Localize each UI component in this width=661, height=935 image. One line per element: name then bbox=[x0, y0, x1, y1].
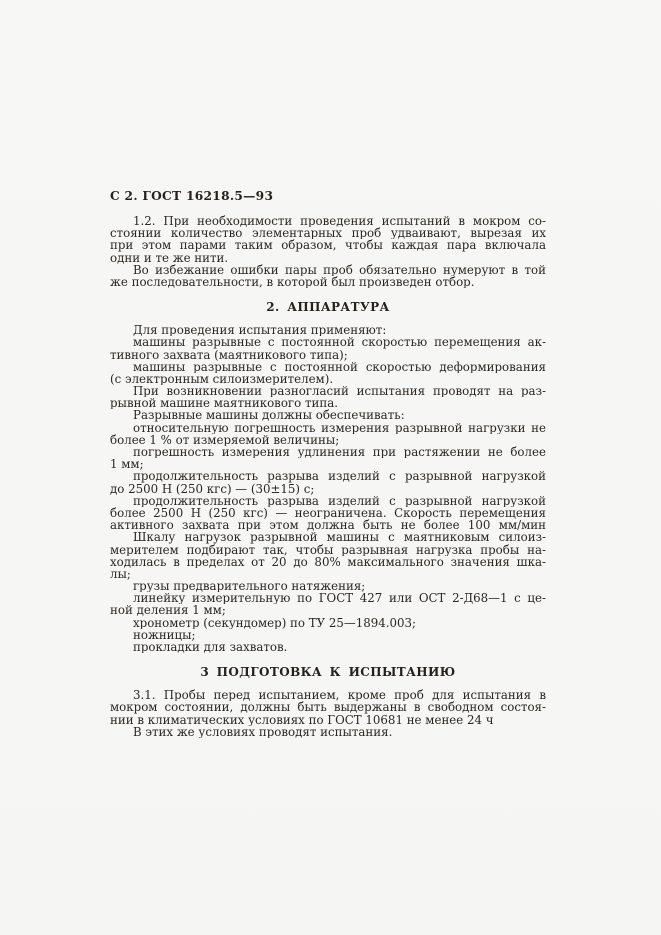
text-line: мерителем подбирают так, чтобы разрывная… bbox=[110, 544, 546, 556]
section-body: Для проведения испытания применяют:машин… bbox=[110, 324, 546, 653]
text-line: Во избежание ошибки пары проб обязательн… bbox=[110, 264, 546, 276]
text-line: продолжительность разрыва изделий с разр… bbox=[110, 470, 546, 482]
text-line: машины разрывные с постоянной скоростью … bbox=[110, 361, 546, 373]
text-line: линейку измерительную по ГОСТ 427 или ОС… bbox=[110, 592, 546, 604]
page-header: С 2. ГОСТ 16218.5—93 bbox=[110, 190, 546, 203]
text-line: более 1 % от измеряемой величины; bbox=[110, 434, 546, 446]
text-line: относительную погрешность измерения разр… bbox=[110, 422, 546, 434]
text-line: хронометр (секундомер) по ТУ 25—1894.003… bbox=[110, 617, 546, 629]
text-line: продолжительность разрыва изделий с разр… bbox=[110, 495, 546, 507]
text-line: погрешность измерения удлинения при раст… bbox=[110, 446, 546, 458]
text-line: одни и те же нити. bbox=[110, 252, 546, 264]
text-line: рывной машине маятникового типа. bbox=[110, 397, 546, 409]
text-line: нии в климатических условиях по ГОСТ 106… bbox=[110, 714, 546, 726]
text-line: же последовательности, в которой был про… bbox=[110, 276, 546, 288]
text-line: 1 мм; bbox=[110, 458, 546, 470]
text-line: активного захвата при этом должна быть н… bbox=[110, 519, 546, 531]
text-line: более 2500 Н (250 кгс) — неограничена. С… bbox=[110, 507, 546, 519]
text-line: ножницы; bbox=[110, 629, 546, 641]
text-line: Разрывные машины должны обеспечивать: bbox=[110, 409, 546, 421]
section-body: 3.1. Пробы перед испытанием, кроме проб … bbox=[110, 689, 546, 738]
text-line: мокром состоянии, должны быть выдержаны … bbox=[110, 701, 546, 713]
text-line: стоянии количество элементарных проб удв… bbox=[110, 227, 546, 239]
text-line: машины разрывные с постоянной скоростью … bbox=[110, 336, 546, 348]
text-line: прокладки для захватов. bbox=[110, 641, 546, 653]
section-body: 1.2. При необходимости проведения испыта… bbox=[110, 215, 546, 288]
page-body: 1.2. При необходимости проведения испыта… bbox=[110, 215, 546, 738]
text-line: (с электронным силоизмерителем). bbox=[110, 373, 546, 385]
document-page: С 2. ГОСТ 16218.5—93 1.2. При необходимо… bbox=[0, 0, 661, 935]
text-line: грузы предварительного натяжения; bbox=[110, 580, 546, 592]
text-line: Для проведения испытания применяют: bbox=[110, 324, 546, 336]
text-line: до 2500 Н (250 кгс) — (30±15) с; bbox=[110, 483, 546, 495]
section-heading: 2. АППАРАТУРА bbox=[110, 301, 546, 314]
text-line: ходилась в пределах от 20 до 80% максима… bbox=[110, 556, 546, 568]
text-line: тивного захвата (маятникового типа); bbox=[110, 349, 546, 361]
section-heading: 3 ПОДГОТОВКА К ИСПЫТАНИЮ bbox=[110, 666, 546, 679]
text-line: 3.1. Пробы перед испытанием, кроме проб … bbox=[110, 689, 546, 701]
text-line: ной деления 1 мм; bbox=[110, 604, 546, 616]
text-line: при этом парами таким образом, чтобы каж… bbox=[110, 239, 546, 251]
text-line: В этих же условиях проводят испытания. bbox=[110, 726, 546, 738]
text-line: 1.2. При необходимости проведения испыта… bbox=[110, 215, 546, 227]
page-content: С 2. ГОСТ 16218.5—93 1.2. При необходимо… bbox=[110, 190, 546, 738]
text-line: При возникновении разногласий испытания … bbox=[110, 385, 546, 397]
text-line: лы; bbox=[110, 568, 546, 580]
text-line: Шкалу нагрузок разрывной машины с маятни… bbox=[110, 531, 546, 543]
